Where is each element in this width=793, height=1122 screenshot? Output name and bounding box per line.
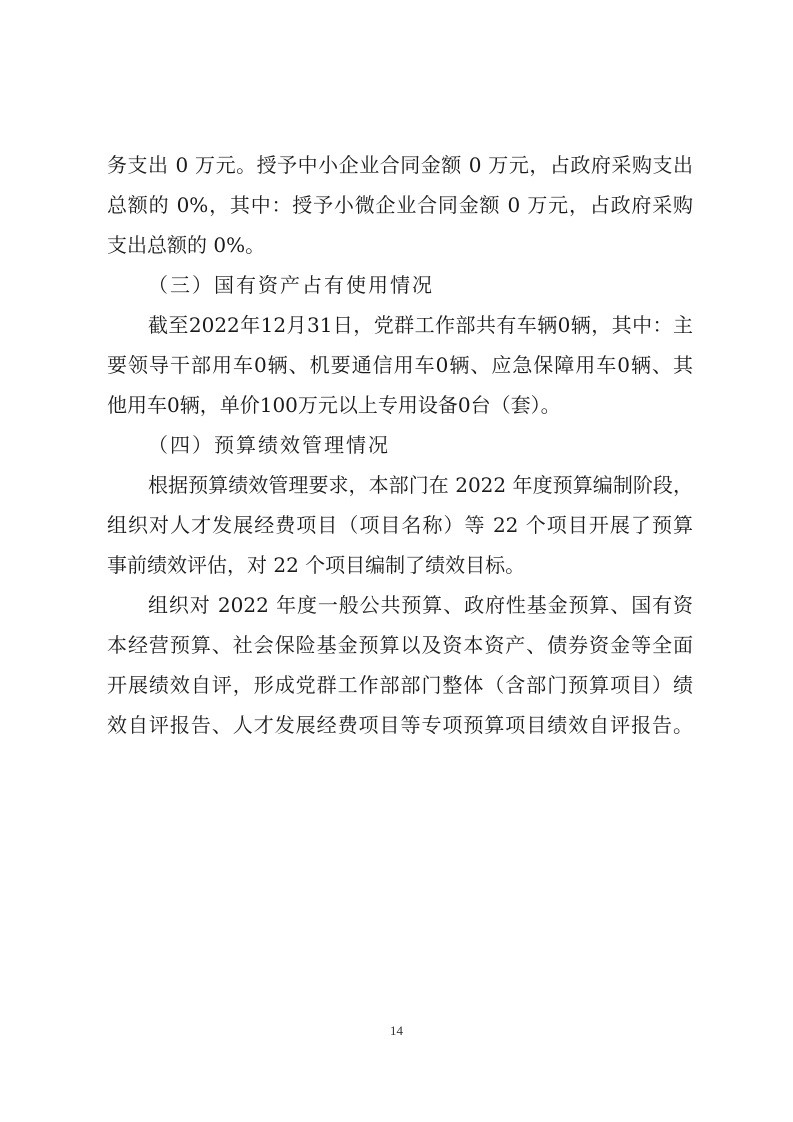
paragraph-assets-line-3: 他用车0辆，单价100万元以上专用设备0台（套）。 bbox=[107, 385, 693, 425]
paragraph-assets-line-1: 截至2022年12月31日，党群工作部共有车辆0辆，其中：主 bbox=[148, 305, 693, 345]
paragraph-assets-line-2: 要领导干部用车0辆、机要通信用车0辆、应急保障用车0辆、其 bbox=[107, 345, 693, 385]
paragraph-performance-1-line-3: 事前绩效评估，对 22 个项目编制了绩效目标。 bbox=[107, 545, 693, 585]
section-heading-assets: （三）国有资产占有使用情况 bbox=[148, 265, 434, 305]
paragraph-procurement-line-1: 务支出 0 万元。授予中小企业合同金额 0 万元，占政府采购支出 bbox=[107, 145, 693, 185]
paragraph-procurement-line-3: 支出总额的 0%。 bbox=[107, 225, 693, 265]
paragraph-procurement-line-2: 总额的 0%，其中：授予小微企业合同金额 0 万元，占政府采购 bbox=[107, 185, 693, 225]
document-page: 务支出 0 万元。授予中小企业合同金额 0 万元，占政府采购支出 总额的 0%，… bbox=[0, 0, 793, 1122]
paragraph-performance-2-line-3: 开展绩效自评，形成党群工作部部门整体（含部门预算项目）绩 bbox=[107, 665, 693, 705]
paragraph-performance-2-line-1: 组织对 2022 年度一般公共预算、政府性基金预算、国有资 bbox=[148, 585, 693, 625]
paragraph-performance-1-line-1: 根据预算绩效管理要求，本部门在 2022 年度预算编制阶段， bbox=[148, 465, 693, 505]
page-number: 14 bbox=[0, 1023, 793, 1039]
section-heading-performance: （四）预算绩效管理情况 bbox=[148, 425, 390, 465]
paragraph-performance-2-line-2: 本经营预算、社会保险基金预算以及资本资产、债券资金等全面 bbox=[107, 625, 693, 665]
paragraph-performance-1-line-2: 组织对人才发展经费项目（项目名称）等 22 个项目开展了预算 bbox=[107, 505, 693, 545]
paragraph-performance-2-line-4: 效自评报告、人才发展经费项目等专项预算项目绩效自评报告。 bbox=[107, 705, 693, 745]
